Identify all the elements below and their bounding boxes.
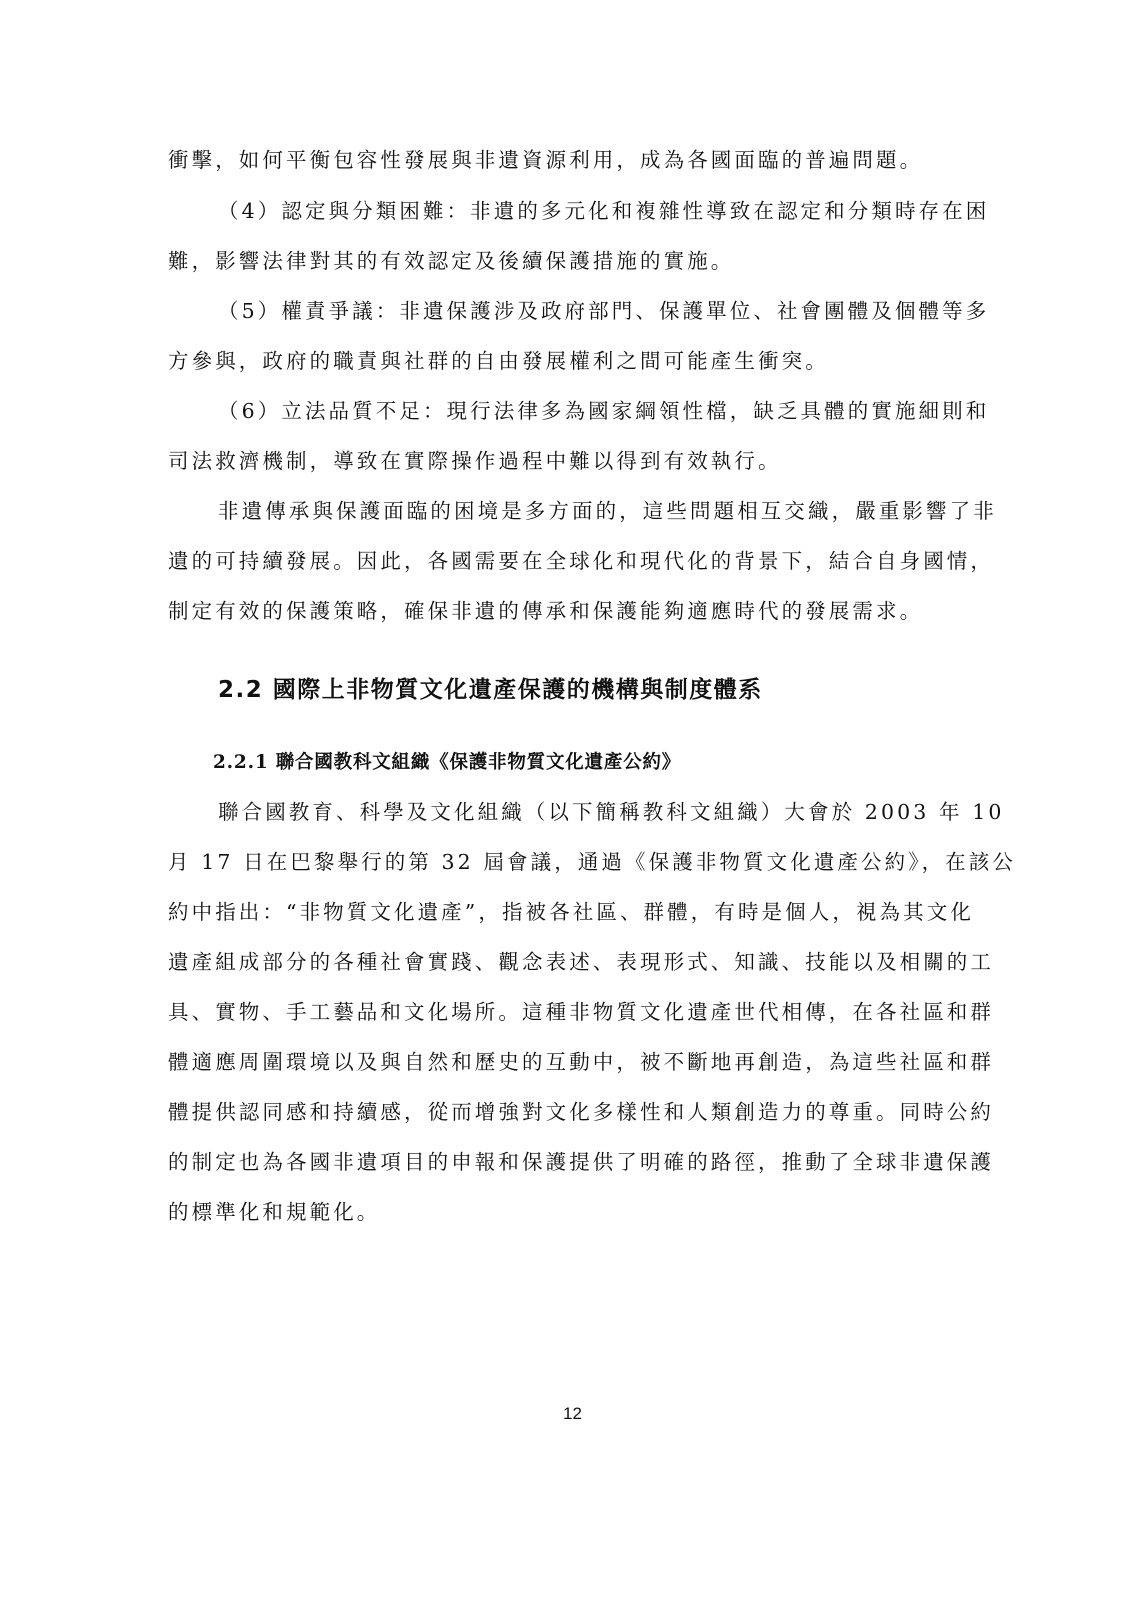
list-item-6-line-2: 司法救濟機制，導致在實際操作過程中難以得到有效執行。 <box>168 446 943 476</box>
unesco-paragraph-line-9: 的標準化和規範化。 <box>168 1197 943 1227</box>
list-item-4-line-2: 難，影響法律對其的有效認定及後續保護措施的實施。 <box>168 246 943 276</box>
list-item-5-line-1: （5）權責爭議：非遺保護涉及政府部門、保護單位、社會團體及個體等多 <box>218 296 943 326</box>
paragraph-continuation-line: 衝擊，如何平衡包容性發展與非遺資源利用，成為各國面臨的普遍問題。 <box>168 145 943 175</box>
page-number: 12 <box>0 1402 1131 1426</box>
list-item-4-line-1: （4）認定與分類困難：非遺的多元化和複雜性導致在認定和分類時存在困 <box>218 196 943 226</box>
unesco-paragraph-line-5: 具、實物、手工藝品和文化場所。這種非物質文化遺產世代相傳，在各社區和群 <box>168 997 943 1027</box>
unesco-paragraph-line-1: 聯合國教育、科學及文化組織（以下簡稱教科文組織）大會於 2003 年 10 <box>218 797 943 827</box>
summary-paragraph-line-2: 遺的可持續發展。因此，各國需要在全球化和現代化的背景下，結合自身國情， <box>168 546 943 576</box>
subsection-heading: 2.2.1 聯合國教科文組織《保護非物質文化遺產公約》 <box>213 749 681 777</box>
unesco-paragraph-line-7: 體提供認同感和持續感，從而增強對文化多樣性和人類創造力的尊重。同時公約 <box>168 1097 943 1127</box>
unesco-paragraph-line-4: 遺產組成部分的各種社會實踐、觀念表述、表現形式、知識、技能以及相關的工 <box>168 947 943 977</box>
summary-paragraph-line-3: 制定有效的保護策略，確保非遺的傳承和保護能夠適應時代的發展需求。 <box>168 596 943 626</box>
unesco-paragraph-line-8: 的制定也為各國非遺項目的申報和保護提供了明確的路徑，推動了全球非遺保護 <box>168 1147 943 1177</box>
list-item-5-line-2: 方參與，政府的職責與社群的自由發展權利之間可能產生衝突。 <box>168 346 943 376</box>
summary-paragraph-line-1: 非遺傳承與保護面臨的困境是多方面的，這些問題相互交織，嚴重影響了非 <box>218 496 943 526</box>
unesco-paragraph-line-6: 體適應周圍環境以及與自然和歷史的互動中，被不斷地再創造，為這些社區和群 <box>168 1047 943 1077</box>
unesco-paragraph-line-3: 約中指出：“非物質文化遺產”，指被各社區、群體，有時是個人，視為其文化 <box>168 897 943 927</box>
list-item-6-line-1: （6）立法品質不足：現行法律多為國家綱領性檔，缺乏具體的實施細則和 <box>218 396 943 426</box>
unesco-paragraph-line-2: 月 17 日在巴黎舉行的第 32 屆會議，通過《保護非物質文化遺產公約》，在該公 <box>168 847 943 877</box>
section-heading: 2.2 國際上非物質文化遺產保護的機構與制度體系 <box>218 674 763 706</box>
